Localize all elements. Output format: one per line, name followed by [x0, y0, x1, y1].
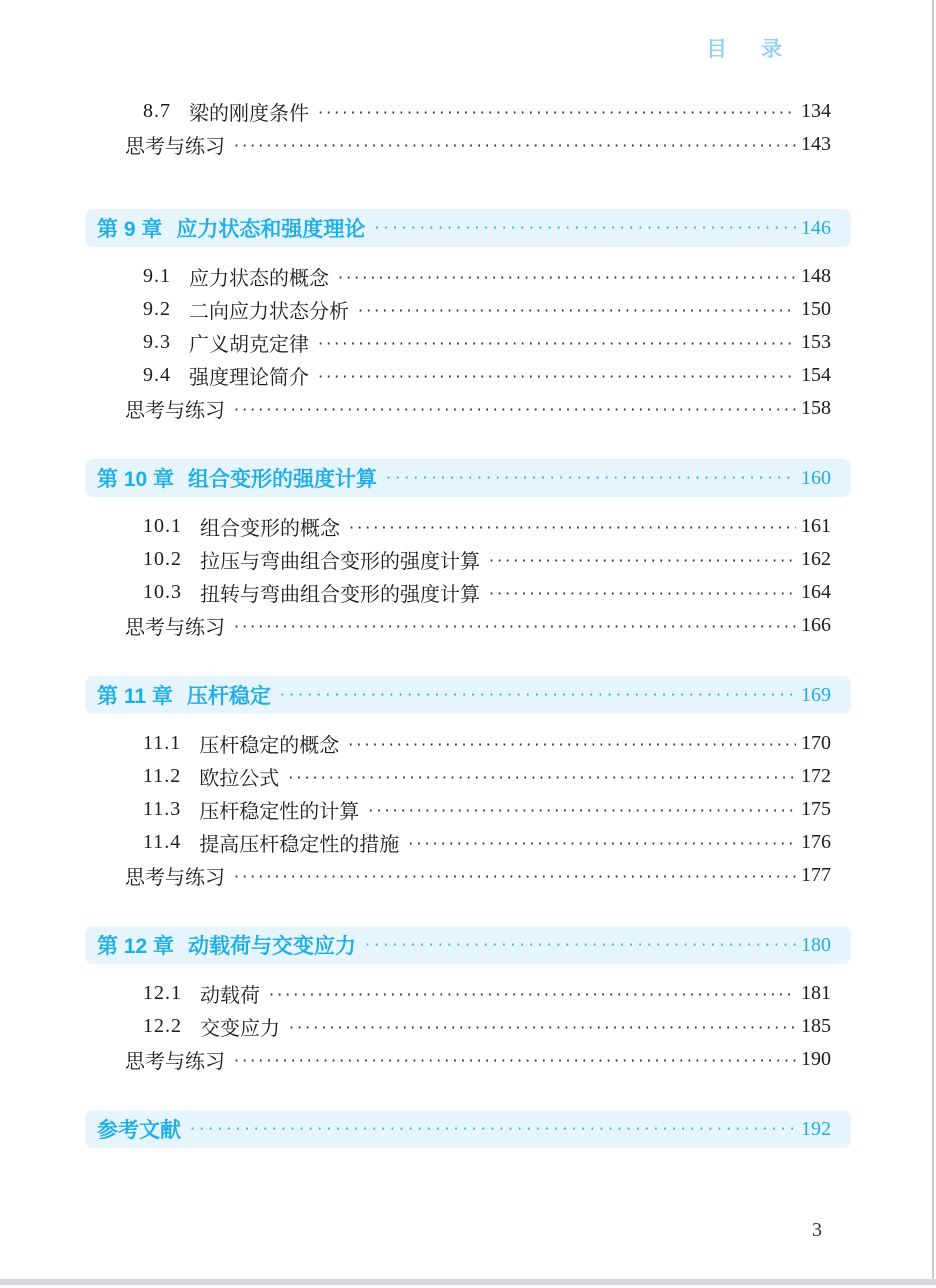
toc-chapter-label: 第 12 章: [97, 930, 174, 960]
toc-entry-page: 154: [801, 364, 831, 387]
toc-entry-title: 思考与练习: [125, 1045, 225, 1074]
toc-entry-number: 11.3: [143, 798, 181, 821]
toc-entry: 思考与练习190: [85, 1043, 851, 1076]
toc-entry-title: 梁的刚度条件: [189, 97, 309, 126]
toc-entry-page: 177: [801, 864, 831, 887]
page-edge-right: [932, 0, 934, 1280]
toc-entry: 9.3广义胡克定律153: [85, 326, 851, 359]
dot-leader: [318, 101, 796, 123]
dot-leader: [289, 1016, 796, 1038]
dot-leader: [489, 549, 796, 571]
toc-entry-page: 143: [801, 133, 831, 156]
toc-entry-page: 161: [801, 515, 831, 538]
toc-entry: 10.3扭转与弯曲组合变形的强度计算164: [85, 576, 851, 609]
dot-leader: [408, 832, 796, 854]
dot-leader: [234, 865, 796, 887]
dot-leader: [358, 299, 796, 321]
toc-entry-number: 10.1: [143, 515, 182, 538]
toc-entry-title: 应力状态的概念: [189, 262, 329, 291]
dot-leader: [489, 582, 796, 604]
toc-entry-page: 190: [801, 1048, 831, 1071]
toc-entry-title: 组合变形的概念: [200, 512, 340, 541]
toc-entry-title: 思考与练习: [125, 611, 225, 640]
toc-entry-page: 172: [801, 765, 831, 788]
toc-entry: 8.7梁的刚度条件134: [85, 95, 851, 128]
toc-entry-title: 思考与练习: [125, 861, 225, 890]
toc-chapter-title: 动载荷与交变应力: [188, 930, 356, 960]
toc-entry-number: 10.3: [143, 581, 182, 604]
dot-leader: [349, 516, 796, 538]
toc-chapter-page: 146: [801, 217, 831, 240]
toc-chapter-label: 参考文献: [97, 1114, 181, 1144]
table-of-contents: 8.7梁的刚度条件134思考与练习143第 9 章应力状态和强度理论1469.1…: [85, 0, 851, 1161]
toc-entry: 12.2交变应力185: [85, 1010, 851, 1043]
toc-entry: 10.2拉压与弯曲组合变形的强度计算162: [85, 543, 851, 576]
toc-entry-title: 欧拉公式: [199, 762, 279, 791]
toc-entry-title: 广义胡克定律: [189, 328, 309, 357]
dot-leader: [280, 684, 796, 706]
dot-leader: [190, 1118, 796, 1140]
toc-entry-number: 9.2: [143, 298, 171, 321]
toc-entry-page: 166: [801, 614, 831, 637]
page-edge-bottom: [0, 1279, 936, 1285]
toc-entry: 思考与练习166: [85, 609, 851, 642]
toc-entry-number: 10.2: [143, 548, 182, 571]
toc-chapter-page: 192: [801, 1118, 831, 1141]
toc-entry: 思考与练习177: [85, 859, 851, 892]
toc-entry-title: 压杆稳定的概念: [199, 729, 339, 758]
toc-entry-title: 交变应力: [200, 1012, 280, 1041]
toc-entry: 11.3压杆稳定性的计算175: [85, 793, 851, 826]
toc-entry: 11.2欧拉公式172: [85, 760, 851, 793]
toc-entry-title: 提高压杆稳定性的措施: [199, 828, 399, 857]
toc-chapter-row: 第 10 章组合变形的强度计算160: [85, 459, 851, 497]
toc-entry-title: 强度理论简介: [189, 361, 309, 390]
toc-entry: 思考与练习143: [85, 128, 851, 161]
toc-entry-number: 12.1: [143, 982, 182, 1005]
toc-chapter-row: 第 12 章动载荷与交变应力180: [85, 926, 851, 964]
toc-chapter-title: 应力状态和强度理论: [176, 213, 365, 243]
toc-entry-title: 动载荷: [200, 979, 260, 1008]
toc-section: 第 12 章动载荷与交变应力18012.1动载荷18112.2交变应力185思考…: [85, 926, 851, 1076]
dot-leader: [368, 799, 796, 821]
toc-chapter-page: 169: [801, 684, 831, 707]
toc-chapter-title: 组合变形的强度计算: [188, 463, 377, 493]
dot-leader: [318, 332, 796, 354]
toc-entry-title: 思考与练习: [125, 130, 225, 159]
toc-entry: 11.4提高压杆稳定性的措施176: [85, 826, 851, 859]
toc-entry: 9.2二向应力状态分析150: [85, 293, 851, 326]
toc-section: 第 11 章压杆稳定16911.1压杆稳定的概念17011.2欧拉公式17211…: [85, 676, 851, 892]
toc-chapter-title: 压杆稳定: [187, 680, 271, 710]
toc-entry-page: 176: [801, 831, 831, 854]
toc-entry-page: 181: [801, 982, 831, 1005]
toc-entry: 12.1动载荷181: [85, 977, 851, 1010]
dot-leader: [318, 365, 796, 387]
toc-entry-title: 拉压与弯曲组合变形的强度计算: [200, 545, 480, 574]
toc-section: 参考文献192: [85, 1110, 851, 1148]
toc-chapter-page: 180: [801, 934, 831, 957]
toc-entry: 9.4强度理论简介154: [85, 359, 851, 392]
toc-entry-number: 8.7: [143, 100, 171, 123]
toc-entry-number: 11.1: [143, 732, 181, 755]
toc-section: 第 9 章应力状态和强度理论1469.1应力状态的概念1489.2二向应力状态分…: [85, 209, 851, 425]
toc-entry-number: 12.2: [143, 1015, 182, 1038]
toc-entry-number: 11.4: [143, 831, 181, 854]
dot-leader: [234, 134, 796, 156]
toc-entry-page: 134: [801, 100, 831, 123]
toc-entry-number: 9.1: [143, 265, 171, 288]
toc-section: 8.7梁的刚度条件134思考与练习143: [85, 95, 851, 161]
toc-entry: 10.1组合变形的概念161: [85, 510, 851, 543]
toc-entry-title: 二向应力状态分析: [189, 295, 349, 324]
dot-leader: [234, 615, 796, 637]
toc-entry-page: 164: [801, 581, 831, 604]
toc-entry-page: 185: [801, 1015, 831, 1038]
toc-chapter-label: 第 9 章: [97, 213, 162, 243]
toc-entry-number: 9.4: [143, 364, 171, 387]
toc-entry-page: 153: [801, 331, 831, 354]
dot-leader: [234, 398, 796, 420]
dot-leader: [386, 467, 796, 489]
page-number: 3: [812, 1219, 822, 1242]
dot-leader: [234, 1049, 796, 1071]
toc-entry-number: 9.3: [143, 331, 171, 354]
dot-leader: [374, 217, 796, 239]
toc-entry-title: 压杆稳定性的计算: [199, 795, 359, 824]
toc-entry: 11.1压杆稳定的概念170: [85, 727, 851, 760]
toc-chapter-label: 第 11 章: [97, 680, 173, 710]
toc-entry-page: 158: [801, 397, 831, 420]
toc-chapter-row: 参考文献192: [85, 1110, 851, 1148]
toc-chapter-page: 160: [801, 467, 831, 490]
toc-chapter-label: 第 10 章: [97, 463, 174, 493]
toc-entry-title: 思考与练习: [125, 394, 225, 423]
toc-entry-page: 148: [801, 265, 831, 288]
toc-entry-page: 170: [801, 732, 831, 755]
toc-entry-page: 150: [801, 298, 831, 321]
toc-chapter-row: 第 9 章应力状态和强度理论146: [85, 209, 851, 247]
dot-leader: [338, 266, 796, 288]
toc-chapter-row: 第 11 章压杆稳定169: [85, 676, 851, 714]
toc-entry-number: 11.2: [143, 765, 181, 788]
dot-leader: [365, 934, 796, 956]
dot-leader: [269, 983, 796, 1005]
toc-entry: 思考与练习158: [85, 392, 851, 425]
toc-section: 第 10 章组合变形的强度计算16010.1组合变形的概念16110.2拉压与弯…: [85, 459, 851, 642]
toc-entry-page: 175: [801, 798, 831, 821]
dot-leader: [348, 733, 796, 755]
dot-leader: [288, 766, 796, 788]
toc-entry-page: 162: [801, 548, 831, 571]
toc-entry-title: 扭转与弯曲组合变形的强度计算: [200, 578, 480, 607]
toc-entry: 9.1应力状态的概念148: [85, 260, 851, 293]
